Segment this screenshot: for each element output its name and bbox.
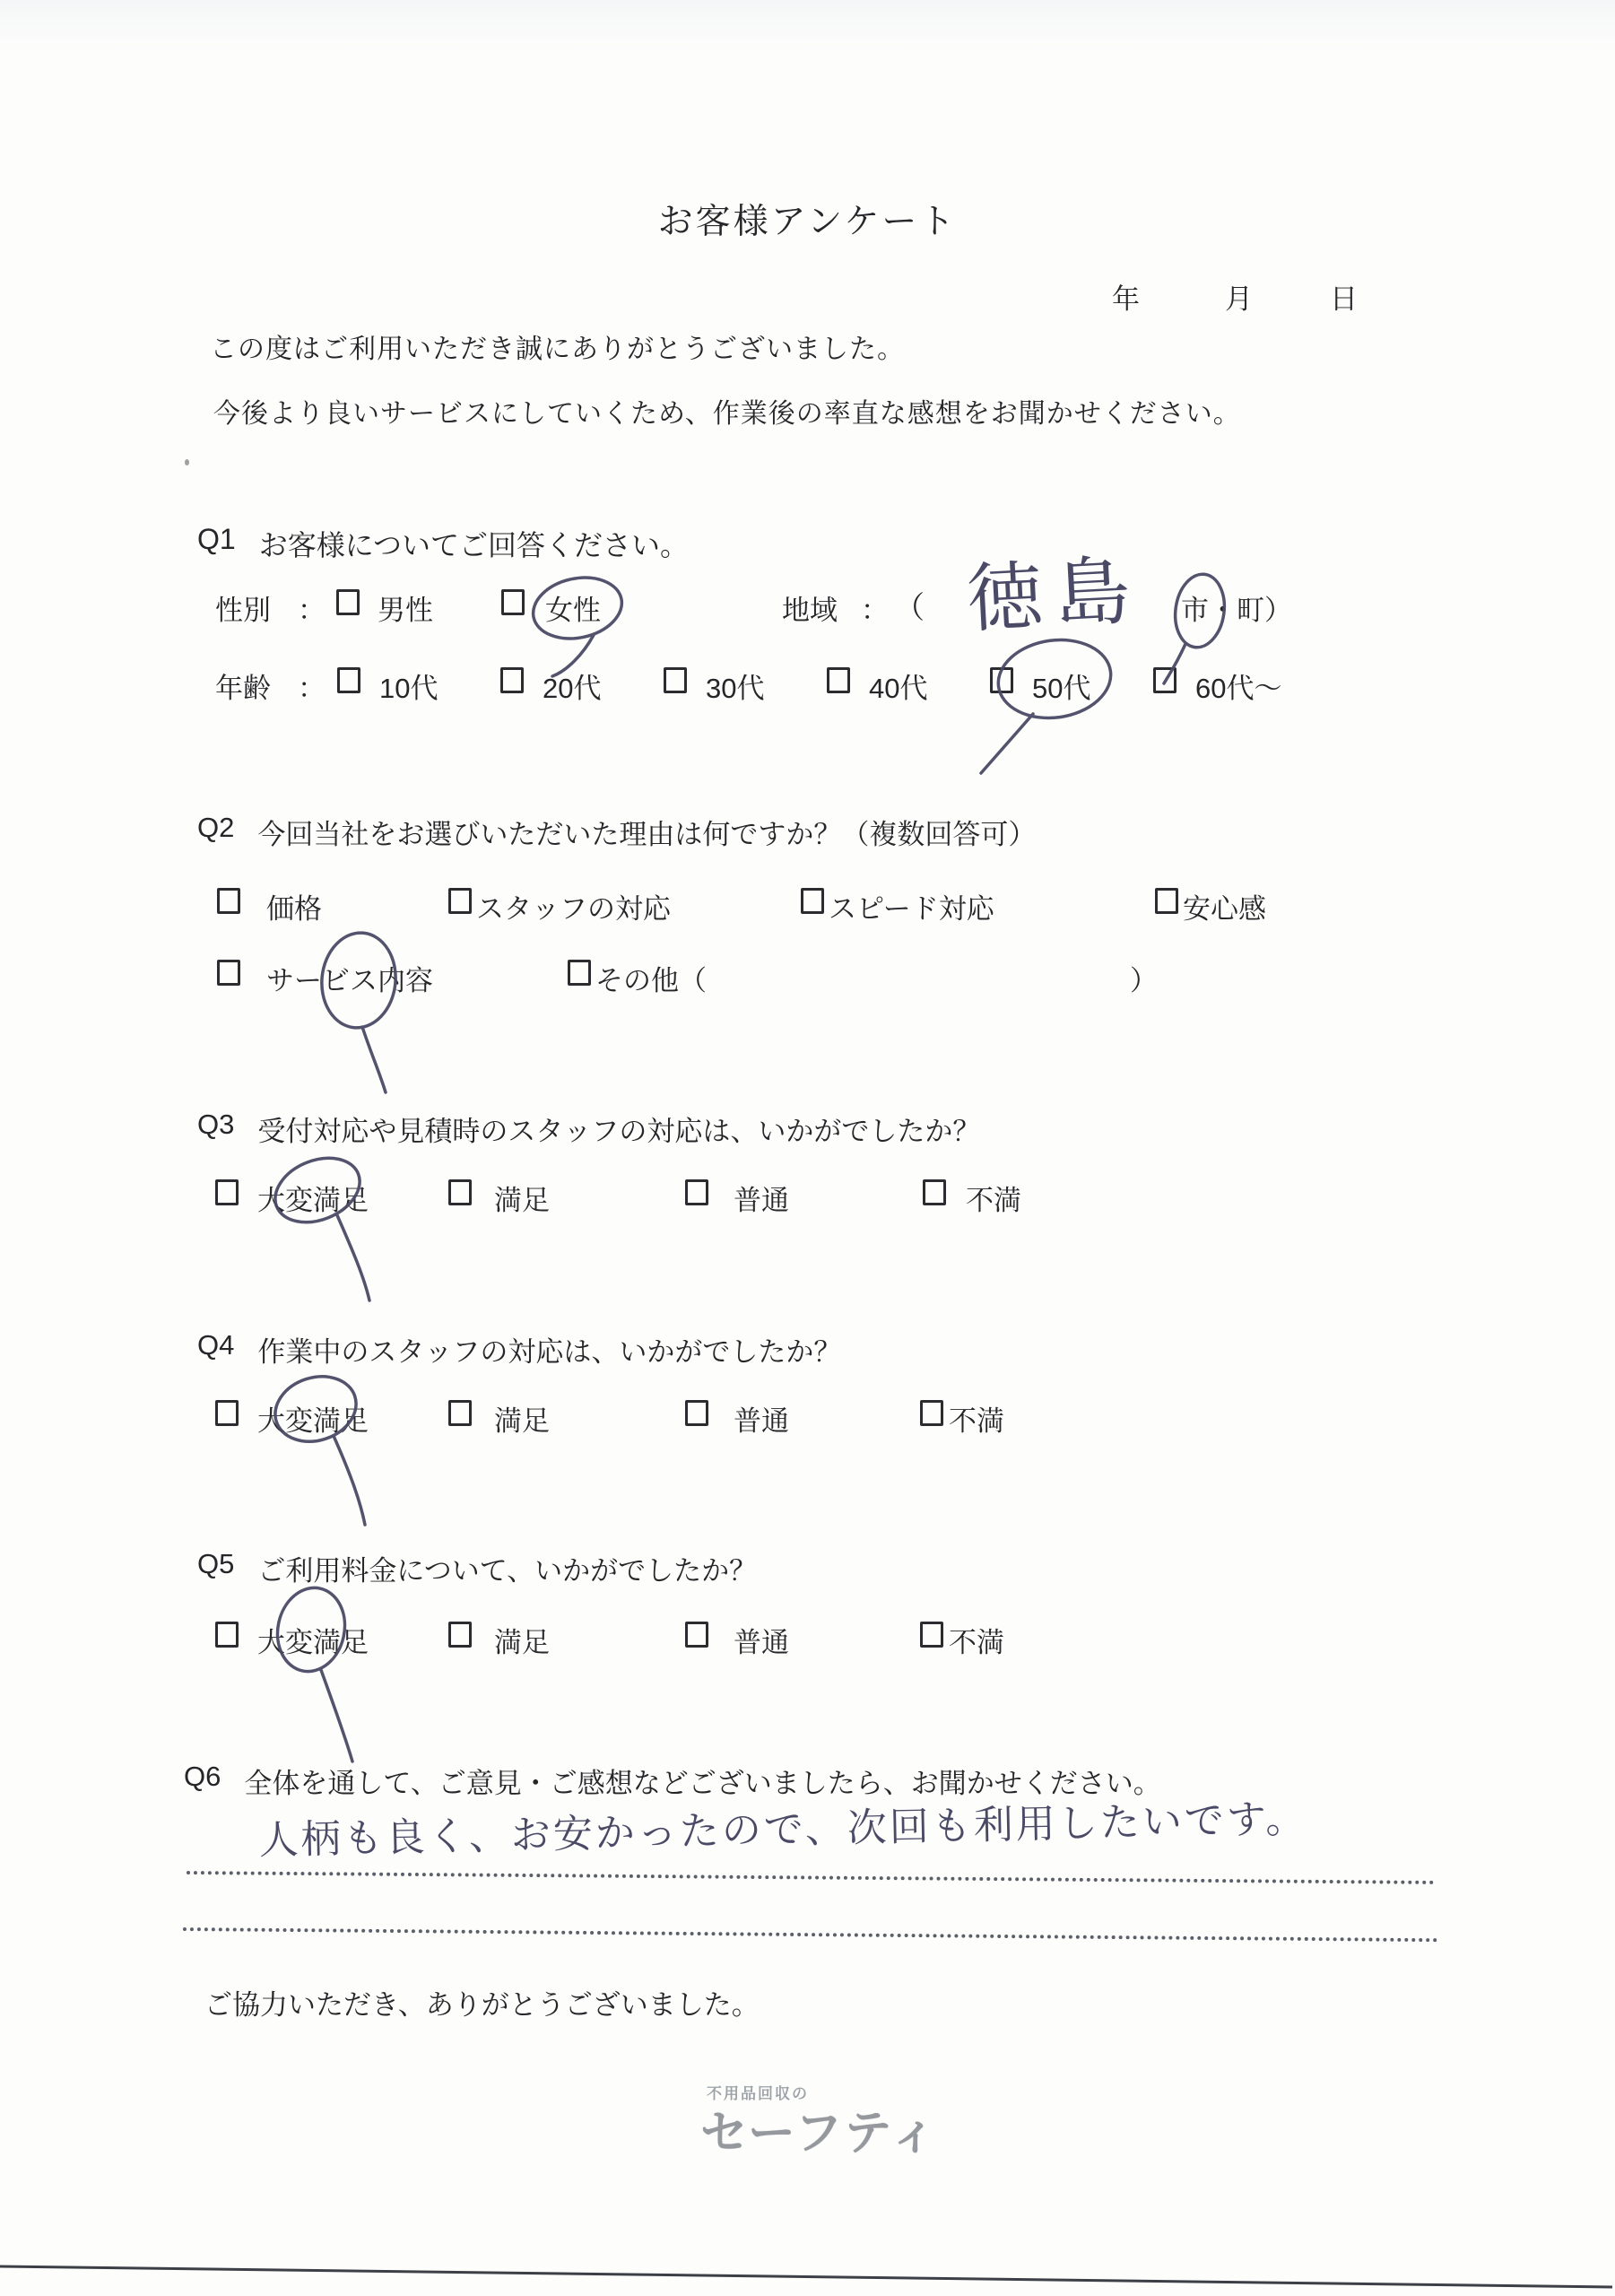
checkbox-age-60s[interactable] <box>1153 667 1177 693</box>
form-title: お客様アンケート <box>0 194 1615 244</box>
option-age-30s: 30代 <box>706 665 764 706</box>
checkbox-age-50s[interactable] <box>990 667 1013 693</box>
q2-question: 今回当社をお選びいただいた理由は何ですか？（複数回答可） <box>257 812 1036 852</box>
checkbox-female[interactable] <box>501 589 525 615</box>
option-q3-neutral: 普通 <box>734 1178 789 1218</box>
circle-mark-q5-very-satisfied <box>270 1581 352 1761</box>
checkbox-age-10s[interactable] <box>337 667 360 693</box>
option-q5-satisfied: 満足 <box>494 1620 550 1660</box>
option-service-content: サービス内容 <box>266 958 433 998</box>
checkbox-other[interactable] <box>568 960 591 986</box>
circle-mark-service-content <box>317 929 401 1092</box>
q2-number: Q2 <box>197 812 234 852</box>
q5-number: Q5 <box>197 1548 234 1588</box>
q3-number: Q3 <box>197 1109 234 1149</box>
q4-question: 作業中のスタッフの対応は、いかがでしたか？ <box>257 1329 841 1370</box>
option-speed: スピード対応 <box>829 886 994 926</box>
checkbox-q4-dissatisfied[interactable] <box>920 1400 943 1426</box>
answer-dotted-line-2 <box>183 1927 1438 1942</box>
q2-question-row: Q2 今回当社をお選びいただいた理由は何ですか？（複数回答可） <box>197 812 1036 852</box>
checkbox-price[interactable] <box>217 888 240 914</box>
option-age-60s: 60代～ <box>1195 665 1281 706</box>
q1-question-row: Q1 お客様についてご回答ください。 <box>197 523 689 564</box>
checkbox-q4-very-satisfied[interactable] <box>215 1400 239 1426</box>
option-age-50s: 50代 <box>1032 665 1090 706</box>
q5-question: ご利用料金について、いかがでしたか？ <box>257 1548 757 1588</box>
checkbox-service-content[interactable] <box>217 960 240 986</box>
answer-dotted-line-1 <box>187 1871 1435 1884</box>
option-q5-very-satisfied: 大変満足 <box>257 1620 369 1660</box>
checkbox-q3-dissatisfied[interactable] <box>923 1179 946 1205</box>
option-staff-response: スタッフの対応 <box>476 886 671 926</box>
option-q3-dissatisfied: 不満 <box>966 1178 1021 1218</box>
option-q3-satisfied: 満足 <box>494 1178 550 1218</box>
age-label: 年齢 <box>215 665 271 706</box>
circle-mark-q3-very-satisfied <box>265 1146 369 1300</box>
closing-thanks: ご協力いただき、ありがとうございました。 <box>204 1982 760 2022</box>
handwritten-region-value: 徳島 <box>964 530 1145 648</box>
checkbox-q5-neutral[interactable] <box>685 1622 708 1648</box>
checkbox-age-40s[interactable] <box>827 667 850 693</box>
checkbox-q5-very-satisfied[interactable] <box>215 1622 239 1648</box>
q4-number: Q4 <box>197 1329 234 1370</box>
option-trust: 安心感 <box>1183 886 1266 926</box>
scanned-survey-form: お客様アンケート 年 月 日 この度はご利用いただき誠にありがとうございました。… <box>0 0 1615 2296</box>
option-q5-neutral: 普通 <box>734 1620 789 1660</box>
age-colon: ： <box>298 665 326 706</box>
option-q4-satisfied: 満足 <box>494 1398 550 1439</box>
company-logo: セーフティ <box>700 2095 939 2163</box>
intro-line-2: 今後より良いサービスにしていくため、作業後の率直な感想をお聞かせください。 <box>213 391 1241 430</box>
circle-mark-q4-very-satisfied <box>266 1366 365 1525</box>
checkbox-age-20s[interactable] <box>500 667 524 693</box>
q4-question-row: Q4 作業中のスタッフの対応は、いかがでしたか？ <box>197 1329 841 1370</box>
scan-dot-artifact <box>185 459 189 465</box>
option-price: 価格 <box>266 886 322 926</box>
option-age-40s: 40代 <box>869 665 927 706</box>
date-day-label: 日 <box>1330 276 1358 317</box>
checkbox-age-30s[interactable] <box>664 667 687 693</box>
q3-question-row: Q3 受付対応や見積時のスタッフの対応は、いかがでしたか？ <box>197 1109 980 1149</box>
option-q4-very-satisfied: 大変満足 <box>257 1398 369 1439</box>
option-female: 女性 <box>545 587 601 628</box>
checkbox-q3-very-satisfied[interactable] <box>215 1179 239 1205</box>
checkbox-q5-dissatisfied[interactable] <box>920 1622 943 1648</box>
checkbox-q4-neutral[interactable] <box>685 1400 708 1426</box>
scan-noise-artifact <box>0 0 1615 63</box>
gender-label: 性別 <box>215 587 271 628</box>
option-q3-very-satisfied: 大変満足 <box>257 1178 369 1218</box>
checkbox-male[interactable] <box>336 589 360 615</box>
option-q4-neutral: 普通 <box>734 1398 789 1439</box>
gender-colon: ： <box>298 587 326 628</box>
other-close-paren: ） <box>1130 958 1158 998</box>
checkbox-q4-satisfied[interactable] <box>448 1400 472 1426</box>
option-q5-dissatisfied: 不満 <box>949 1620 1004 1660</box>
q1-question: お客様についてご回答ください。 <box>259 523 689 564</box>
scan-paper-edge-line <box>0 2266 1612 2287</box>
checkbox-q3-satisfied[interactable] <box>448 1179 472 1205</box>
checkbox-staff-response[interactable] <box>448 888 472 914</box>
q5-question-row: Q5 ご利用料金について、いかがでしたか？ <box>197 1548 757 1588</box>
region-colon: ： <box>861 587 889 628</box>
date-month-label: 月 <box>1225 276 1253 317</box>
date-year-label: 年 <box>1112 276 1140 317</box>
region-label: 地域 <box>782 587 838 628</box>
q6-number: Q6 <box>184 1761 221 1801</box>
option-q4-dissatisfied: 不満 <box>949 1398 1004 1439</box>
option-other: その他（ <box>595 958 707 998</box>
checkbox-q3-neutral[interactable] <box>685 1179 708 1205</box>
region-open-paren: （ <box>894 583 925 627</box>
option-age-20s: 20代 <box>543 665 601 706</box>
checkbox-speed[interactable] <box>801 888 824 914</box>
intro-line-1: この度はご利用いただき誠にありがとうございました。 <box>210 326 905 366</box>
q3-question: 受付対応や見積時のスタッフの対応は、いかがでしたか？ <box>257 1109 980 1149</box>
checkbox-trust[interactable] <box>1155 888 1178 914</box>
option-age-10s: 10代 <box>379 665 438 706</box>
region-suffix: 市・町） <box>1181 587 1292 628</box>
q1-number: Q1 <box>197 523 236 564</box>
checkbox-q5-satisfied[interactable] <box>448 1622 472 1648</box>
option-male: 男性 <box>378 587 433 628</box>
